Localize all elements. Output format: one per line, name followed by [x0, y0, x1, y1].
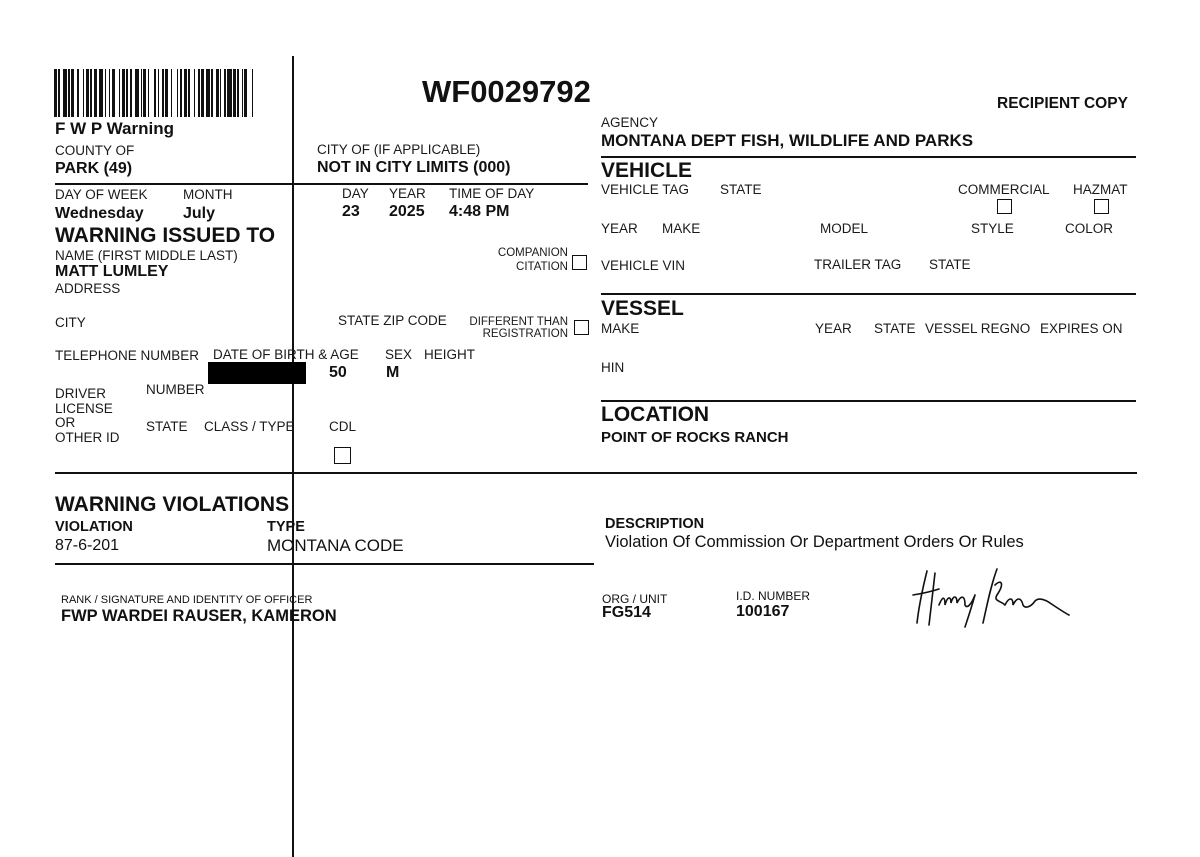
name-label: NAME (FIRST MIDDLE LAST) — [55, 248, 238, 263]
city-label: CITY — [55, 315, 86, 330]
divider — [55, 563, 594, 565]
month-value: July — [183, 205, 215, 223]
trailer-state-label: STATE — [929, 257, 971, 272]
class-type-label: CLASS / TYPE — [204, 419, 295, 434]
driver-license-label: DRIVER LICENSE OR OTHER ID — [55, 387, 120, 445]
hazmat-checkbox[interactable] — [1094, 199, 1109, 214]
divider — [601, 400, 1136, 402]
description-label: DESCRIPTION — [605, 516, 704, 532]
day-of-week-label: DAY OF WEEK — [55, 187, 148, 202]
year-value: 2025 — [389, 203, 425, 221]
vehicle-make-label: MAKE — [662, 221, 700, 236]
fold-line — [292, 56, 294, 857]
dl-label-line1: DRIVER — [55, 387, 120, 402]
location-heading: LOCATION — [601, 403, 709, 427]
city-of-value: NOT IN CITY LIMITS (000) — [317, 159, 511, 177]
officer-signature — [905, 565, 1075, 630]
type-label: TYPE — [267, 519, 305, 535]
vessel-heading: VESSEL — [601, 297, 684, 321]
age-value: 50 — [329, 364, 347, 382]
companion-citation-label: COMPANION CITATION — [480, 247, 568, 273]
vessel-regno-label: VESSEL REGNO — [925, 321, 1030, 336]
day-of-week-value: Wednesday — [55, 205, 144, 223]
different-than-registration-checkbox[interactable] — [574, 320, 589, 335]
dl-state-label: STATE — [146, 419, 188, 434]
warning-issued-to-heading: WARNING ISSUED TO — [55, 224, 275, 248]
vehicle-state-label: STATE — [720, 182, 762, 197]
day-label: DAY — [342, 186, 369, 201]
vessel-year-label: YEAR — [815, 321, 852, 336]
vessel-state-label: STATE — [874, 321, 916, 336]
dl-number-label: NUMBER — [146, 382, 205, 397]
telephone-label: TELEPHONE NUMBER — [55, 348, 199, 363]
vehicle-tag-label: VEHICLE TAG — [601, 182, 689, 197]
county-value: PARK (49) — [55, 160, 132, 178]
vehicle-heading: VEHICLE — [601, 159, 692, 183]
companion-citation-checkbox[interactable] — [572, 255, 587, 270]
different-label-line1: DIFFERENT THAN — [456, 316, 568, 328]
hin-label: HIN — [601, 360, 624, 375]
dl-label-line2: LICENSE — [55, 402, 120, 417]
description-value: Violation Of Commission Or Department Or… — [605, 533, 1024, 552]
type-value: MONTANA CODE — [267, 536, 404, 556]
vessel-make-label: MAKE — [601, 321, 639, 336]
year-label: YEAR — [389, 186, 426, 201]
sex-value: M — [386, 364, 399, 382]
county-label: COUNTY OF — [55, 143, 134, 158]
form-type: F W P Warning — [55, 119, 174, 139]
month-label: MONTH — [183, 187, 233, 202]
vehicle-style-label: STYLE — [971, 221, 1014, 236]
officer-value: FWP WARDEI RAUSER, KAMERON — [61, 607, 337, 626]
divider — [55, 183, 588, 185]
commercial-checkbox[interactable] — [997, 199, 1012, 214]
vehicle-vin-label: VEHICLE VIN — [601, 258, 685, 273]
violation-value: 87-6-201 — [55, 537, 119, 555]
name-value: MATT LUMLEY — [55, 263, 168, 281]
barcode — [54, 69, 316, 117]
divider — [601, 293, 1136, 295]
violation-label: VIOLATION — [55, 519, 133, 535]
agency-value: MONTANA DEPT FISH, WILDLIFE AND PARKS — [601, 131, 973, 151]
companion-label-line1: COMPANION — [480, 247, 568, 259]
address-label: ADDRESS — [55, 281, 120, 296]
dob-age-label: DATE OF BIRTH & AGE — [213, 347, 359, 362]
companion-label-line2: CITATION — [480, 261, 568, 273]
redacted-dob — [208, 362, 306, 384]
org-unit-value: FG514 — [602, 604, 651, 622]
vehicle-year-label: YEAR — [601, 221, 638, 236]
day-value: 23 — [342, 203, 360, 221]
ticket-number: WF0029792 — [422, 74, 591, 110]
cdl-checkbox[interactable] — [334, 447, 351, 464]
officer-label: RANK / SIGNATURE AND IDENTITY OF OFFICER — [61, 594, 312, 606]
divider — [55, 472, 1137, 474]
id-number-value: 100167 — [736, 603, 789, 621]
time-value: 4:48 PM — [449, 203, 509, 221]
vessel-expires-label: EXPIRES ON — [1040, 321, 1123, 336]
agency-label: AGENCY — [601, 115, 658, 130]
warning-violations-heading: WARNING VIOLATIONS — [55, 493, 289, 517]
state-zip-label: STATE ZIP CODE — [338, 313, 447, 328]
divider — [601, 156, 1136, 158]
sex-label: SEX — [385, 347, 412, 362]
vehicle-color-label: COLOR — [1065, 221, 1113, 236]
height-label: HEIGHT — [424, 347, 475, 362]
different-label-line2: REGISTRATION — [456, 328, 568, 340]
different-registration-label: DIFFERENT THAN REGISTRATION — [456, 316, 568, 340]
time-label: TIME OF DAY — [449, 186, 534, 201]
copy-label: RECIPIENT COPY — [997, 95, 1128, 113]
dl-label-line3: OR — [55, 416, 120, 431]
commercial-label: COMMERCIAL — [958, 182, 1050, 197]
cdl-label: CDL — [329, 419, 356, 434]
city-of-label: CITY OF (IF APPLICABLE) — [317, 142, 480, 157]
dl-label-line4: OTHER ID — [55, 431, 120, 446]
id-number-label: I.D. NUMBER — [736, 589, 810, 603]
hazmat-label: HAZMAT — [1073, 182, 1128, 197]
trailer-tag-label: TRAILER TAG — [814, 257, 901, 272]
vehicle-model-label: MODEL — [820, 221, 868, 236]
location-value: POINT OF ROCKS RANCH — [601, 429, 789, 446]
